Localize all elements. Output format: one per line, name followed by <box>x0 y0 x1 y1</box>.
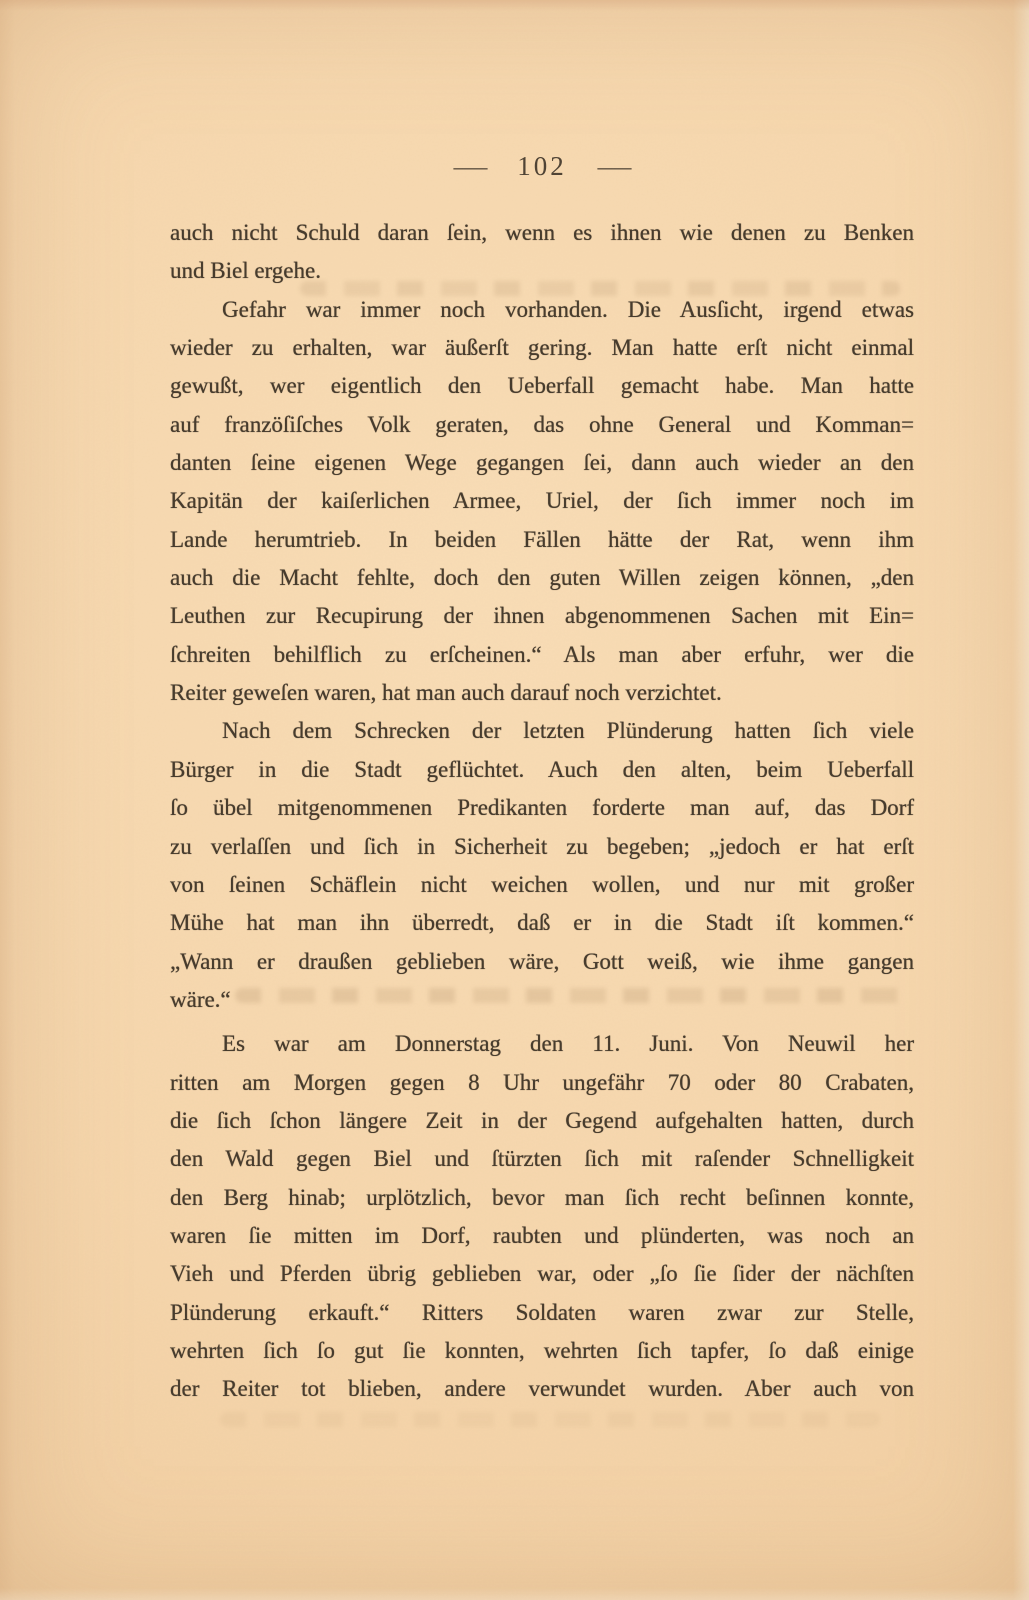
text-line: ſchreiten behilflich zu erſcheinen.“ Als… <box>170 636 914 674</box>
text-line: der Reiter tot blieben, andere verwundet… <box>170 1370 914 1408</box>
text-line: gewußt, wer eigentlich den Ueberfall gem… <box>170 367 914 405</box>
text-line: den Berg hinab; urplötzlich, bevor man ſ… <box>170 1179 914 1217</box>
page-header: — 102 — <box>170 146 914 186</box>
text-line: danten ſeine eigenen Wege gegangen ſei, … <box>170 444 914 482</box>
text-line: und Biel ergehe. <box>170 252 914 290</box>
text-line: Es war am Donnerstag den 11. Juni. Von N… <box>170 1025 914 1063</box>
text-line: auch die Macht fehlte, doch den guten Wi… <box>170 559 914 597</box>
text-line: die ſich ſchon längere Zeit in der Gegen… <box>170 1102 914 1140</box>
text-line: Kapitän der kaiſerlichen Armee, Uriel, d… <box>170 482 914 520</box>
text-line: Plünderung erkauft.“ Ritters Soldaten wa… <box>170 1294 914 1332</box>
header-dash-right: — <box>597 146 631 186</box>
text-line: ritten am Morgen gegen 8 Uhr ungefähr 70… <box>170 1064 914 1102</box>
text-line: zu verlaſſen und ſich in Sicherheit zu b… <box>170 828 914 866</box>
text-line: auch nicht Schuld daran ſein, wenn es ih… <box>170 214 914 252</box>
text-line: waren ſie mitten im Dorf, raubten und pl… <box>170 1217 914 1255</box>
text-line: ſo übel mitgenommenen Predikanten forder… <box>170 789 914 827</box>
text-line: Nach dem Schrecken der letzten Plünderun… <box>170 712 914 750</box>
book-page-scan: — 102 — auch nicht Schuld daran ſein, we… <box>0 0 1029 1600</box>
text-line: wäre.“ <box>170 981 914 1019</box>
text-line: „Wann er draußen geblieben wäre, Gott we… <box>170 943 914 981</box>
body-text: auch nicht Schuld daran ſein, wenn es ih… <box>170 214 914 1409</box>
text-line: Mühe hat man ihn überredt, daß er in die… <box>170 904 914 942</box>
text-line: Reiter geweſen waren, hat man auch darau… <box>170 674 914 712</box>
text-line: Leuthen zur Recupirung der ihnen abgenom… <box>170 597 914 635</box>
text-line: wehrten ſich ſo gut ſie konnten, wehrten… <box>170 1332 914 1370</box>
text-line: Gefahr war immer noch vorhanden. Die Aus… <box>170 291 914 329</box>
text-line: auf franzöſiſches Volk geraten, das ohne… <box>170 406 914 444</box>
ink-bleedthrough-3 <box>220 1412 880 1427</box>
text-line: Lande herumtrieb. In beiden Fällen hätte… <box>170 521 914 559</box>
text-line: Vieh und Pferden übrig geblieben war, od… <box>170 1255 914 1293</box>
text-line: den Wald gegen Biel und ſtürzten ſich mi… <box>170 1140 914 1178</box>
page-number: 102 <box>517 146 567 186</box>
header-dash-left: — <box>453 146 487 186</box>
text-line: wieder zu erhalten, war äußerſt gering. … <box>170 329 914 367</box>
text-line: Bürger in die Stadt geflüchtet. Auch den… <box>170 751 914 789</box>
text-line: von ſeinen Schäflein nicht weichen wolle… <box>170 866 914 904</box>
